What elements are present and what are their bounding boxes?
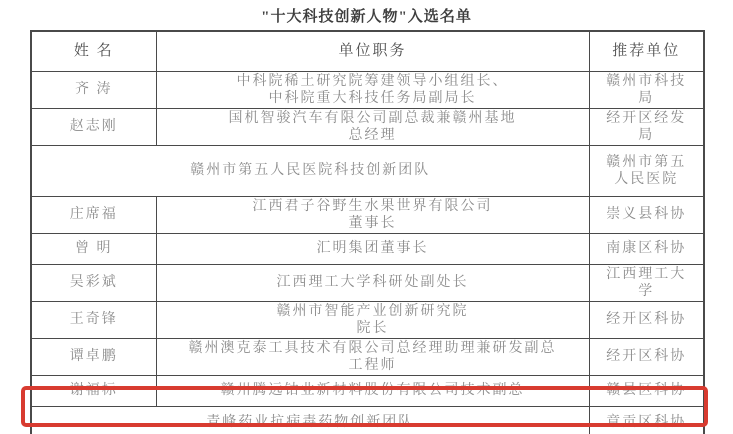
recommender-cell: 章贡区科协 (589, 406, 704, 434)
table-row: 齐 涛 中科院稀土研究院筹建领导小组组长、 中科院重大科技任务局副局长 赣州市科… (31, 71, 704, 108)
header-unit-position: 单位职务 (156, 31, 589, 71)
unit-cell: 赣州市智能产业创新研究院 院长 (156, 301, 589, 338)
unit-cell: 中科院稀土研究院筹建领导小组组长、 中科院重大科技任务局副局长 (156, 71, 589, 108)
recommender-cell: 赣州市科技 局 (589, 71, 704, 108)
recommender-cell: 赣县区科协 (589, 375, 704, 406)
name-cell: 庄席福 (31, 196, 156, 233)
table-row: 曾 明 汇明集团董事长 南康区科协 (31, 233, 704, 264)
table-row: 赵志刚 国机智骏汽车有限公司副总裁兼赣州基地 总经理 经开区经发 局 (31, 108, 704, 145)
table-row: 吴彩斌 江西理工大学科研处副处长 江西理工大 学 (31, 264, 704, 301)
name-cell: 谭卓鹏 (31, 338, 156, 375)
name-cell: 赵志刚 (31, 108, 156, 145)
table-row-merged: 赣州市第五人民医院科技创新团队 赣州市第五 人民医院 (31, 145, 704, 196)
table-header-row: 姓 名 单位职务 推荐单位 (31, 31, 704, 71)
team-cell: 赣州市第五人民医院科技创新团队 (31, 145, 589, 196)
award-table: 姓 名 单位职务 推荐单位 齐 涛 中科院稀土研究院筹建领导小组组长、 中科院重… (30, 30, 705, 434)
recommender-cell: 经开区科协 (589, 338, 704, 375)
table-row: 庄席福 江西君子谷野生水果世界有限公司 董事长 崇义县科协 (31, 196, 704, 233)
header-recommender: 推荐单位 (589, 31, 704, 71)
table-row-merged-highlighted: 青峰药业抗病毒药物创新团队 章贡区科协 (31, 406, 704, 434)
recommender-cell: 赣州市第五 人民医院 (589, 145, 704, 196)
recommender-cell: 南康区科协 (589, 233, 704, 264)
unit-cell: 赣州腾远钴业新材料股份有限公司技术副总 (156, 375, 589, 406)
name-cell: 曾 明 (31, 233, 156, 264)
page-title: "十大科技创新人物"入选名单 (0, 5, 733, 26)
name-cell: 谢福标 (31, 375, 156, 406)
table-row: 王奇锋 赣州市智能产业创新研究院 院长 经开区科协 (31, 301, 704, 338)
unit-cell: 赣州澳克泰工具技术有限公司总经理助理兼研发副总 工程师 (156, 338, 589, 375)
recommender-cell: 崇义县科协 (589, 196, 704, 233)
recommender-cell: 经开区科协 (589, 301, 704, 338)
name-cell: 王奇锋 (31, 301, 156, 338)
unit-cell: 汇明集团董事长 (156, 233, 589, 264)
unit-cell: 国机智骏汽车有限公司副总裁兼赣州基地 总经理 (156, 108, 589, 145)
team-cell: 青峰药业抗病毒药物创新团队 (31, 406, 589, 434)
unit-cell: 江西理工大学科研处副处长 (156, 264, 589, 301)
name-cell: 齐 涛 (31, 71, 156, 108)
recommender-cell: 江西理工大 学 (589, 264, 704, 301)
document-page: "十大科技创新人物"入选名单 姓 名 单位职务 推荐单位 齐 涛 中科院稀土研究… (0, 0, 733, 434)
name-cell: 吴彩斌 (31, 264, 156, 301)
table-row: 谭卓鹏 赣州澳克泰工具技术有限公司总经理助理兼研发副总 工程师 经开区科协 (31, 338, 704, 375)
unit-cell: 江西君子谷野生水果世界有限公司 董事长 (156, 196, 589, 233)
recommender-cell: 经开区经发 局 (589, 108, 704, 145)
table-row: 谢福标 赣州腾远钴业新材料股份有限公司技术副总 赣县区科协 (31, 375, 704, 406)
header-name: 姓 名 (31, 31, 156, 71)
